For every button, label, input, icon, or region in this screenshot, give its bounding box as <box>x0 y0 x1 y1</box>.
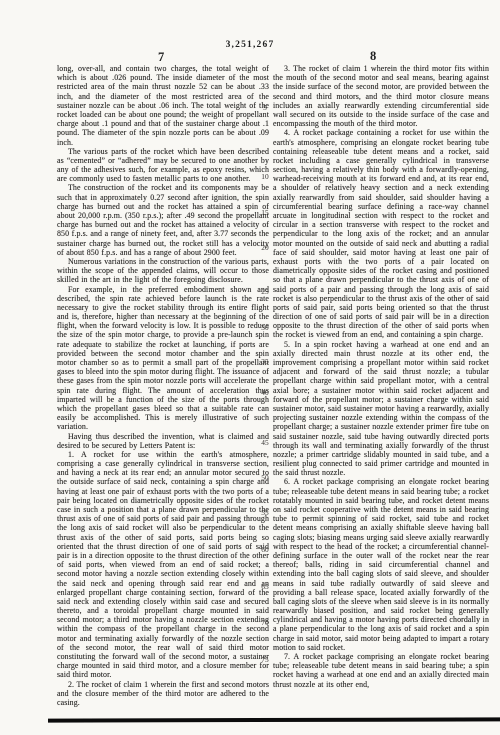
line-number: 5 <box>254 103 276 112</box>
line-number: 40 <box>254 388 276 397</box>
line-number: 15 <box>254 208 276 217</box>
paragraph: Having thus described the invention, wha… <box>57 432 269 450</box>
left-text-column: long, over-all, and contain two charges,… <box>57 64 269 684</box>
line-number: 25 <box>254 287 276 296</box>
line-number: 70 <box>254 618 276 627</box>
line-number: 45 <box>254 438 276 447</box>
paragraph: The construction of the rocket and its c… <box>57 183 269 257</box>
paragraph: 2. The rocket of claim 1 wherein the fir… <box>57 680 269 708</box>
line-number: 20 <box>254 243 276 252</box>
left-column-number: 7 <box>158 50 164 65</box>
paragraph: The various parts of the rocket which ha… <box>57 147 269 184</box>
right-column-number: 8 <box>370 49 376 64</box>
patent-number: 3,251,267 <box>0 40 500 50</box>
paragraph: 4. A rocket package containing a rocket … <box>273 128 489 339</box>
paragraph: Numerous variations in the construction … <box>57 257 269 285</box>
line-number: 75 <box>254 655 276 664</box>
line-number: 35 <box>254 357 276 366</box>
paragraph: 5. In a spin rocket having a warhead at … <box>273 340 489 478</box>
line-number: 65 <box>254 582 276 591</box>
paragraph: 3. The rocket of claim 1 wherein the thi… <box>273 64 489 128</box>
line-number: 10 <box>254 172 276 181</box>
line-number: 30 <box>254 323 276 332</box>
patent-page: 3,251,267 7 8 long, over-all, and contai… <box>0 0 500 735</box>
paragraph: long, over-all, and contain two charges,… <box>57 64 269 147</box>
line-number-gutter: 51015202530354045505560657075 <box>254 0 276 735</box>
bottom-page-rule <box>48 717 500 722</box>
paragraph: 7. A rocket package comprising an elonga… <box>273 652 489 689</box>
line-number: 55 <box>254 508 276 517</box>
line-number: 50 <box>254 473 276 482</box>
right-text-column: 3. The rocket of claim 1 wherein the thi… <box>273 64 489 664</box>
line-number: 60 <box>254 545 276 554</box>
paragraph: 1. A rocket for use within the earth's a… <box>57 450 269 680</box>
paragraph: 6. A rocket package comprising an elonga… <box>273 477 489 652</box>
paragraph: For example, in the preferred embodiment… <box>57 285 269 432</box>
